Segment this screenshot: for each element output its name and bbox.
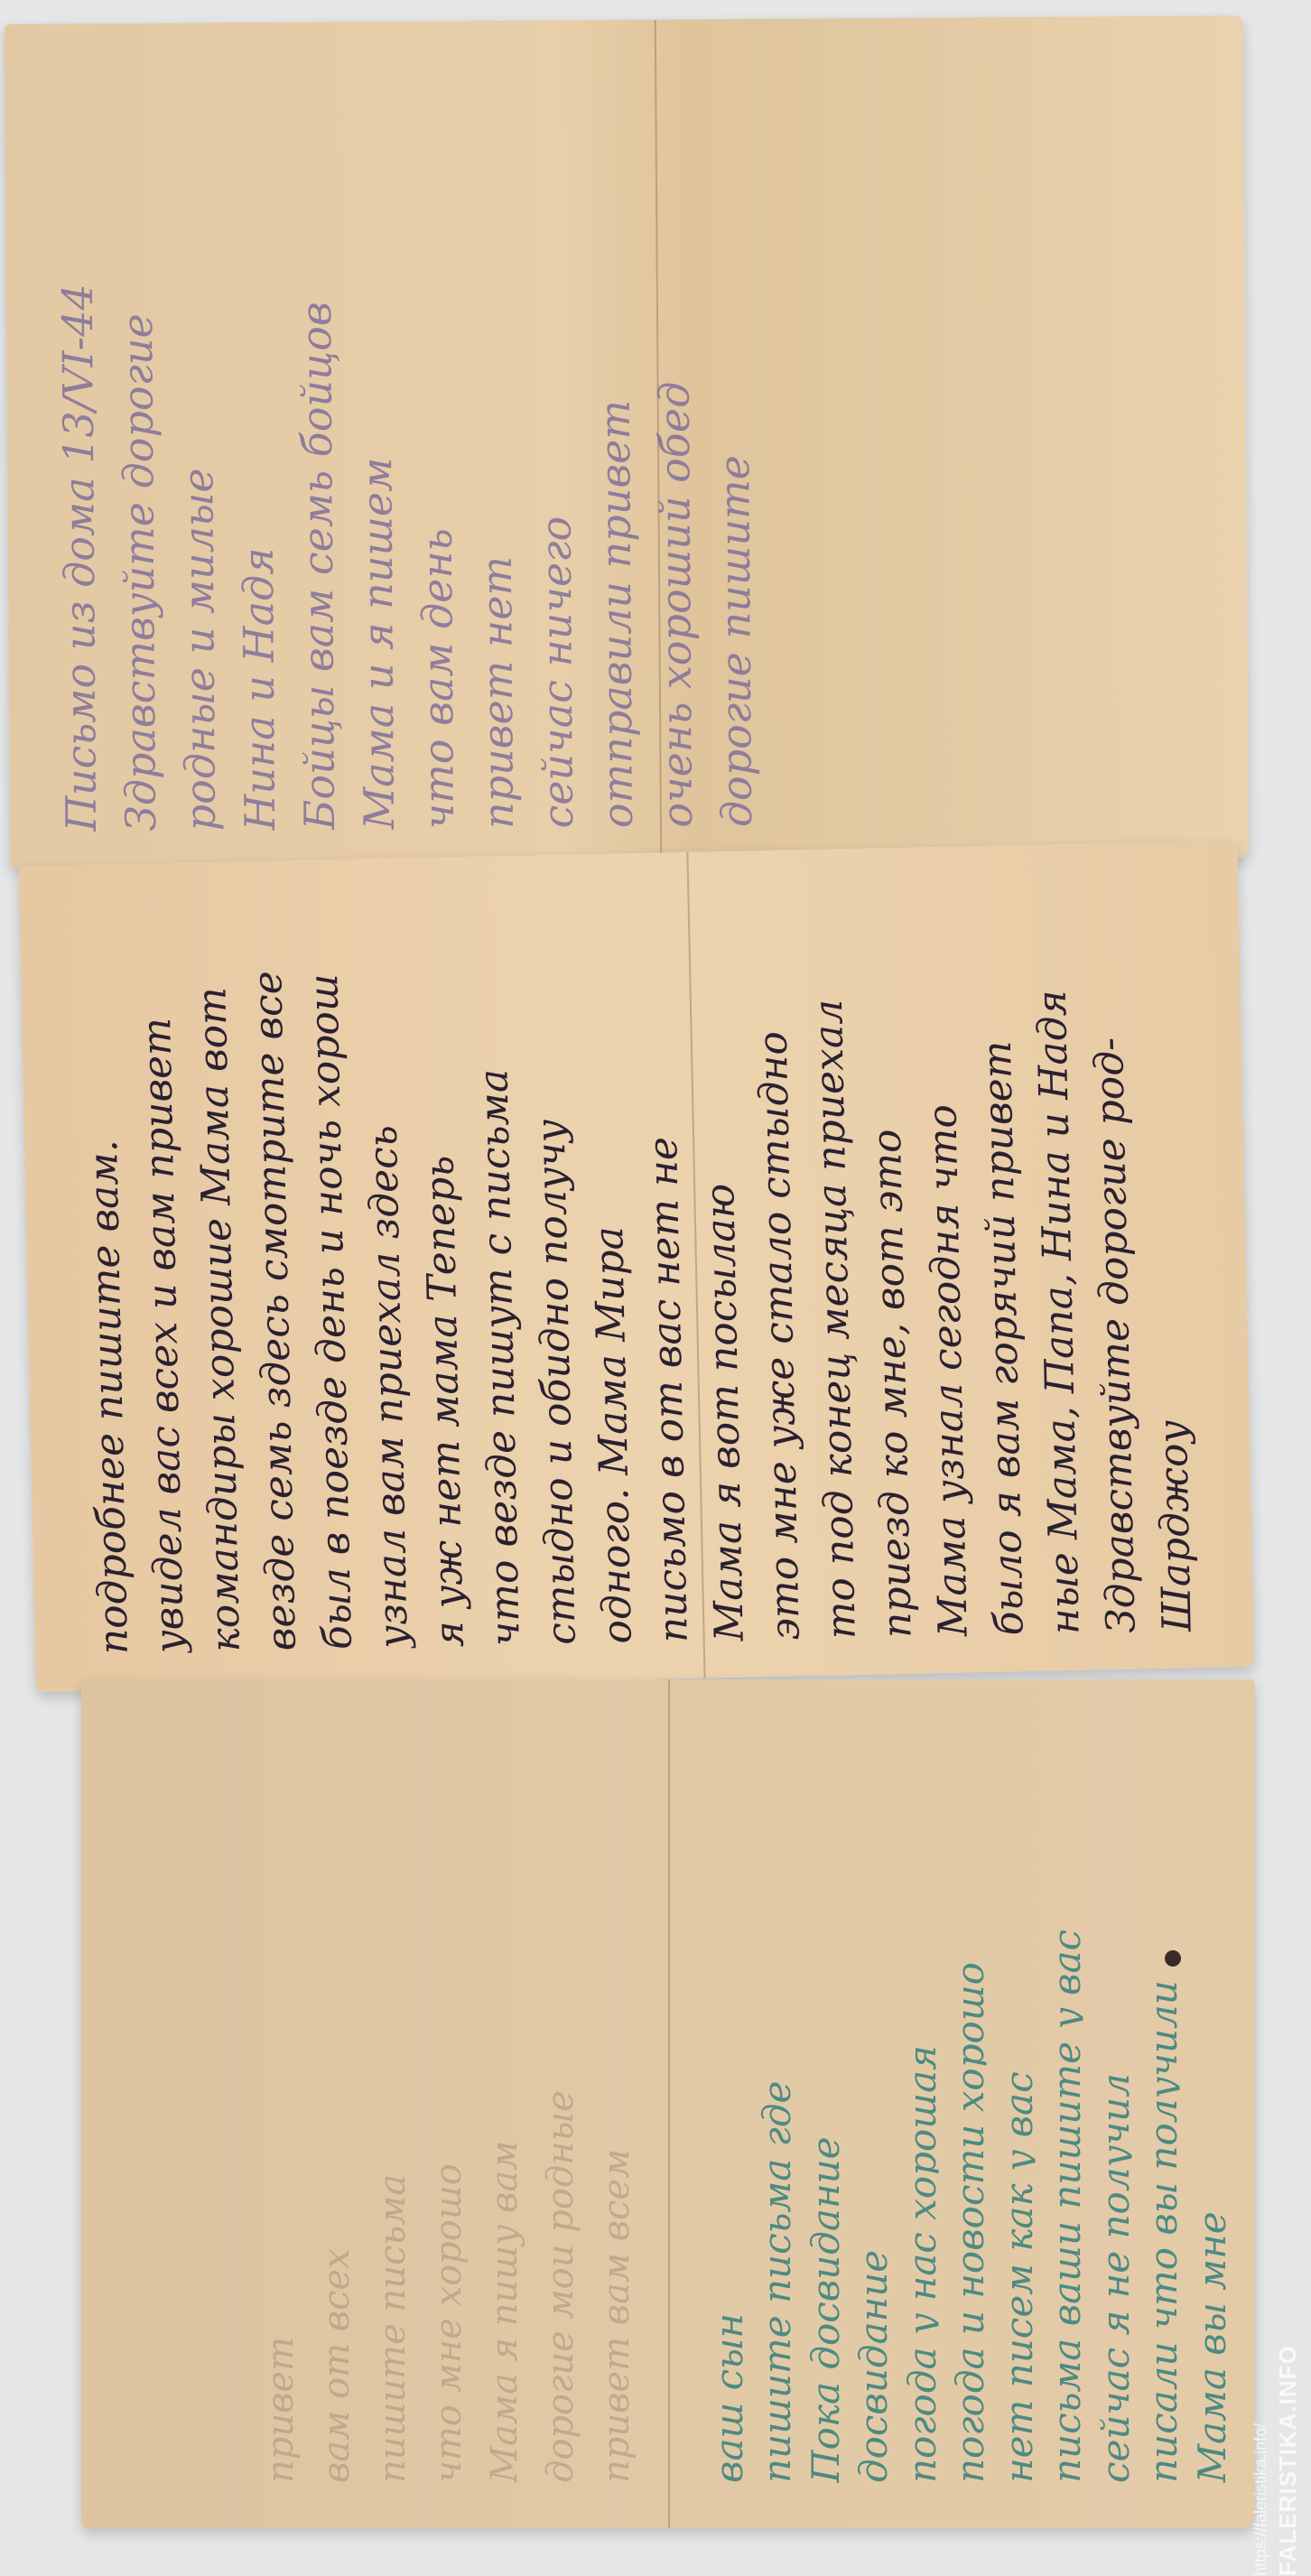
text-line: привет вам всем — [592, 1725, 641, 2483]
text-line: нет писем как у вас — [994, 1725, 1035, 2483]
text-line: командиры хорошие Мама вот — [185, 897, 247, 1652]
text-line: пишите письма — [368, 1725, 417, 2483]
text-line: подробнее пишите вам. — [73, 900, 135, 1655]
text-line: Мама я пишу вам — [480, 1725, 529, 2483]
text-line: Бойцы вам семь бойцов — [288, 58, 346, 830]
text-line: дорогие мои родные — [536, 1725, 585, 2483]
text-line: привет — [256, 1725, 305, 2483]
text-line: письмо в от вас нет не — [633, 888, 695, 1643]
watermark-url: https://faleristika.info/ — [1251, 2305, 1270, 2576]
text-line: письма ваши пишите у вас — [1042, 1725, 1083, 2483]
text-line: погода и новости хорошо — [945, 1725, 986, 2483]
text-line: Мама я вот посылаю — [689, 888, 751, 1642]
letter-text-bottom-right: Мама вы мне писали что вы получили сейча… — [677, 1679, 1255, 2528]
text-line: Мама узнал сегодня что — [913, 882, 975, 1637]
text-line: Мама и я пишем — [348, 58, 405, 830]
text-line: был в поезде день и ночь хорош — [297, 896, 359, 1651]
text-line: родные и милые — [169, 59, 227, 831]
text-line: ные Мама, Папа, Нина и Надя — [1025, 880, 1087, 1635]
text-line: писали что вы получили — [1139, 1725, 1179, 2483]
text-line: сейчас ничего — [526, 56, 584, 828]
text-line: то под конец месяца приехал — [801, 885, 863, 1640]
text-line: досвидание — [849, 1725, 889, 2483]
text-line: отправили привет — [586, 56, 644, 828]
text-line: узнал вам приехал здесь — [353, 894, 415, 1649]
text-line: что вам день — [407, 57, 465, 829]
fold-crease — [668, 1679, 670, 2528]
watermark-brand: FALERISTIKA.INFO — [1274, 2305, 1302, 2576]
text-line: очень хороший обед — [646, 55, 703, 827]
text-line: Шарджоу — [1137, 878, 1199, 1632]
text-line: дорогие пишите — [705, 55, 763, 827]
text-line: Нина и Надя — [228, 59, 286, 831]
watermark: https://faleristika.info/ FALERISTIKA.IN… — [1251, 2305, 1306, 2576]
text-line: приезд ко мне, вот это — [857, 884, 919, 1639]
text-line: что мне хорошо — [424, 1725, 473, 2483]
text-line: я уж нет мама Теперь — [409, 893, 471, 1648]
text-line: погода у нас хорошая — [897, 1725, 938, 2483]
letter-page-bottom: привет вам всем дорогие мои родные Мама … — [81, 1679, 1255, 2528]
text-line: что везде пишут с письма — [465, 892, 527, 1647]
letter-text-bottom-left: привет вам всем дорогие мои родные Мама … — [81, 1679, 668, 2528]
letter-text-top: Письмо из дома 13/VI-44 Здравствуйте дор… — [5, 15, 1249, 869]
text-line: Здравствуйте дорогие род- — [1081, 879, 1143, 1634]
text-line: одного. Мама Мира — [577, 889, 639, 1644]
text-line: увидел вас всех и вам привет — [129, 899, 191, 1654]
text-line: Мама вы мне — [1187, 1725, 1228, 2483]
ink-blot — [1165, 1950, 1181, 1967]
text-line: это мне уже стало стыдно — [745, 886, 807, 1641]
text-line: пишите письма где — [752, 1725, 793, 2483]
text-line: везде семь здесь смотрите все — [241, 897, 303, 1651]
text-line: сейчас я не получил — [1091, 1725, 1131, 2483]
text-line: стыдно и обидно получу — [521, 890, 583, 1645]
letter-page-middle: Шарджоу Здравствуйте дорогие род- ные Ма… — [19, 841, 1255, 1692]
text-line: было я вам горячий привет — [969, 881, 1031, 1636]
text-line: привет нет — [467, 57, 525, 829]
text-line: вам от всех — [312, 1725, 361, 2483]
letter-page-top: Письмо из дома 13/VI-44 Здравствуйте дор… — [5, 15, 1249, 869]
text-line: Здравствуйте дорогие — [109, 60, 167, 832]
text-line: Пока досвидание — [801, 1725, 841, 2483]
text-line: ваш сын — [704, 1725, 745, 2483]
letter-text-middle: Шарджоу Здравствуйте дорогие род- ные Ма… — [19, 841, 1255, 1692]
text-line: Письмо из дома 13/VI-44 — [50, 60, 107, 832]
